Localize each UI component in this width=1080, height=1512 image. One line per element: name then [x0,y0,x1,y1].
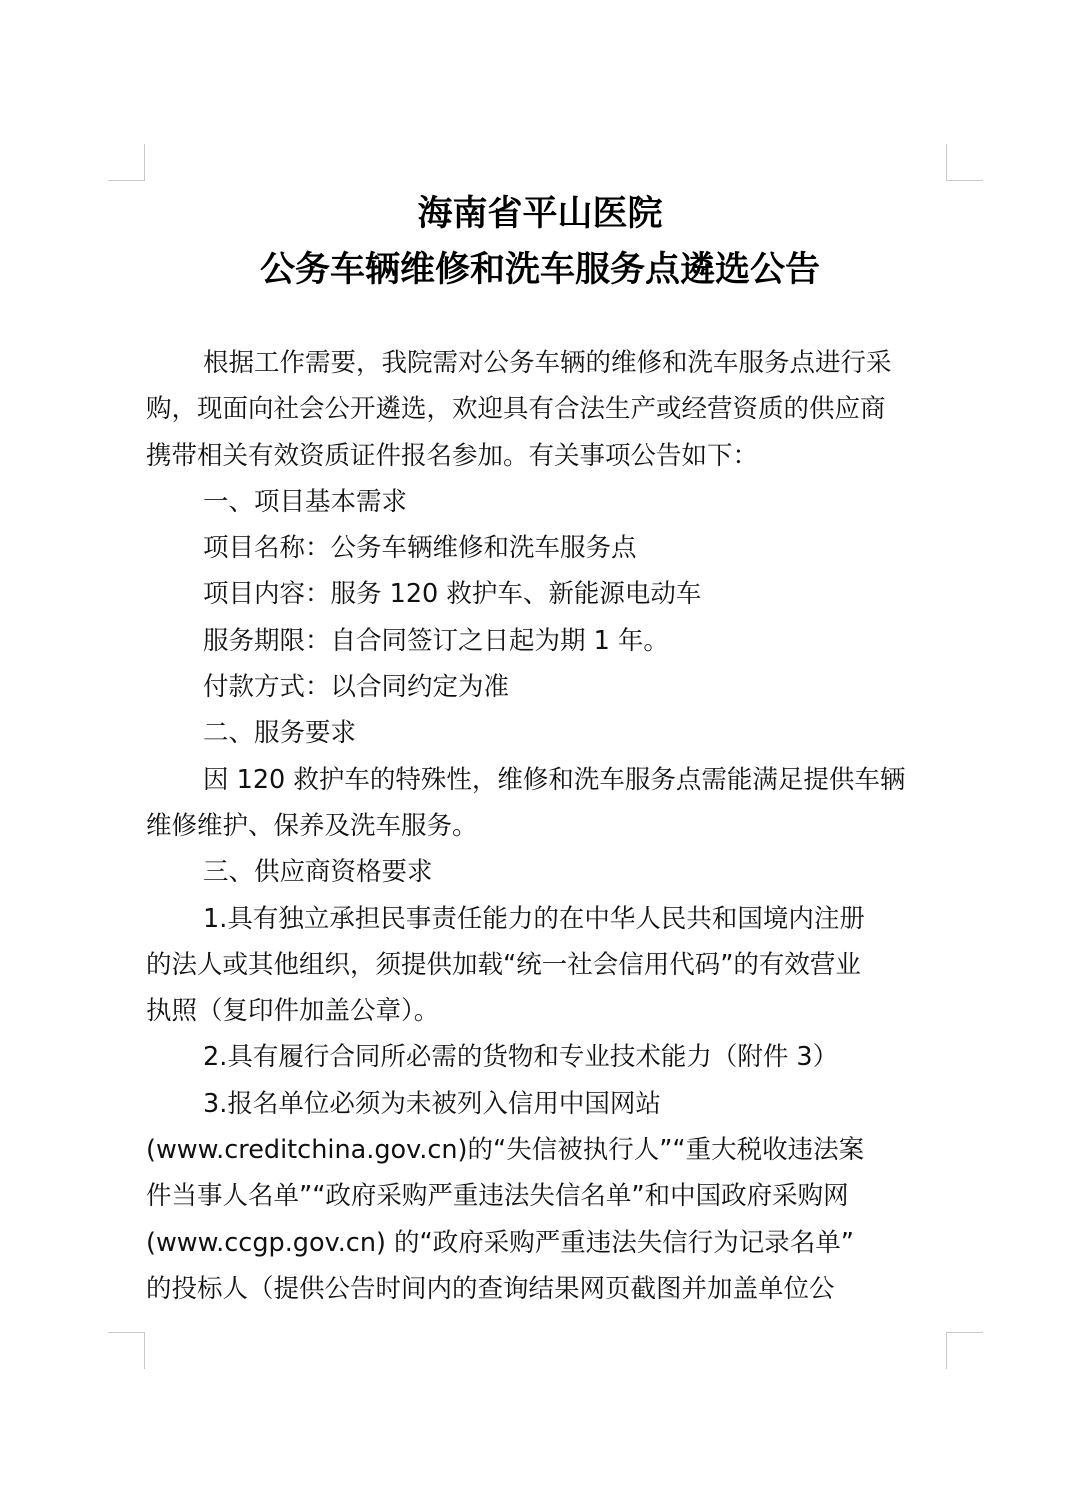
qualification-3-cont: (www.creditchina.gov.cn)的“失信被执行人”“重大税收违法… [146,1127,956,1173]
corner-mark-top-left [108,144,145,181]
service-requirement: 因 120 救护车的特殊性，维修和洗车服务点需能满足提供车辆 [146,757,956,803]
qualification-1: 1.具有独立承担民事责任能力的在中华人民共和国境内注册 [146,896,956,942]
section-heading-1: 一、项目基本需求 [146,479,956,525]
qualification-3-cont: 的投标人（提供公告时间内的查询结果网页截图并加盖单位公 [146,1266,956,1312]
project-name: 项目名称：公务车辆维修和洗车服务点 [146,525,956,571]
service-period: 服务期限：自合同签订之日起为期 1 年。 [146,618,956,664]
section-heading-2: 二、服务要求 [146,710,956,756]
project-content: 项目内容：服务 120 救护车、新能源电动车 [146,571,956,617]
service-requirement-cont: 维修维护、保养及洗车服务。 [146,803,956,849]
corner-mark-bottom-left [108,1332,145,1369]
corner-mark-top-right [946,144,983,181]
paragraph-intro: 根据工作需要，我院需对公务车辆的维修和洗车服务点进行采 [146,340,956,386]
document-body: 根据工作需要，我院需对公务车辆的维修和洗车服务点进行采 购，现面向社会公开遴选，… [146,340,956,1312]
document-title-notice: 公务车辆维修和洗车服务点遴选公告 [0,242,1080,292]
paragraph-intro-cont: 携带相关有效资质证件报名参加。有关事项公告如下： [146,433,956,479]
qualification-1-cont: 执照（复印件加盖公章）。 [146,988,956,1034]
document-title-hospital: 海南省平山医院 [0,186,1080,236]
paragraph-intro-cont: 购，现面向社会公开遴选，欢迎具有合法生产或经营资质的供应商 [146,386,956,432]
corner-mark-bottom-right [946,1332,983,1369]
qualification-2: 2.具有履行合同所必需的货物和专业技术能力（附件 3） [146,1034,956,1080]
qualification-3-cont: (www.ccgp.gov.cn) 的“政府采购严重违法失信行为记录名单” [146,1220,956,1266]
qualification-1-cont: 的法人或其他组织，须提供加载“统一社会信用代码”的有效营业 [146,942,956,988]
qualification-3: 3.报名单位必须为未被列入信用中国网站 [146,1081,956,1127]
payment-method: 付款方式：以合同约定为准 [146,664,956,710]
qualification-3-cont: 件当事人名单”“政府采购严重违法失信名单”和中国政府采购网 [146,1173,956,1219]
section-heading-3: 三、供应商资格要求 [146,849,956,895]
